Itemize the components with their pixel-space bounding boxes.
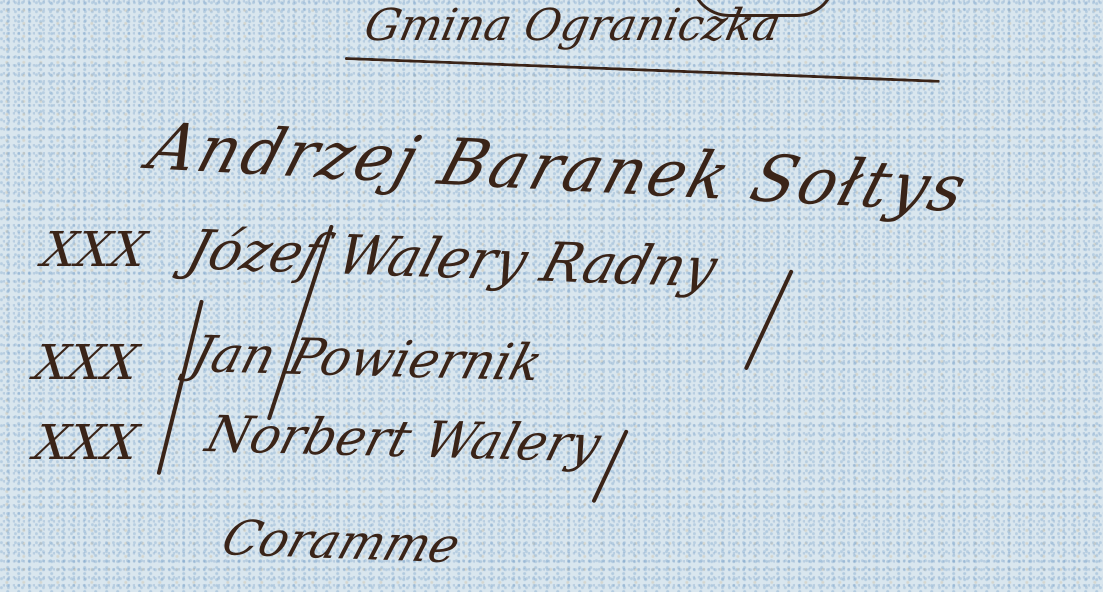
descender-stroke <box>157 300 204 476</box>
header-underline <box>345 57 940 83</box>
descender-stroke <box>744 269 794 370</box>
cross-marks-1: XXX <box>38 222 150 278</box>
signature-line-2: Józef Walery Radny <box>180 218 724 300</box>
signature-line-4: Norbert Walery <box>200 405 607 473</box>
document-header: Gmina Ograniczka <box>360 0 785 51</box>
signature-line-3: Jan Powiernik <box>185 325 549 392</box>
signature-line-1: Andrzej Baranek Sołtys <box>140 110 977 227</box>
cross-marks-3: XXX <box>30 415 142 471</box>
cross-marks-2: XXX <box>30 335 142 391</box>
closing-signature: Coramme <box>215 510 467 574</box>
